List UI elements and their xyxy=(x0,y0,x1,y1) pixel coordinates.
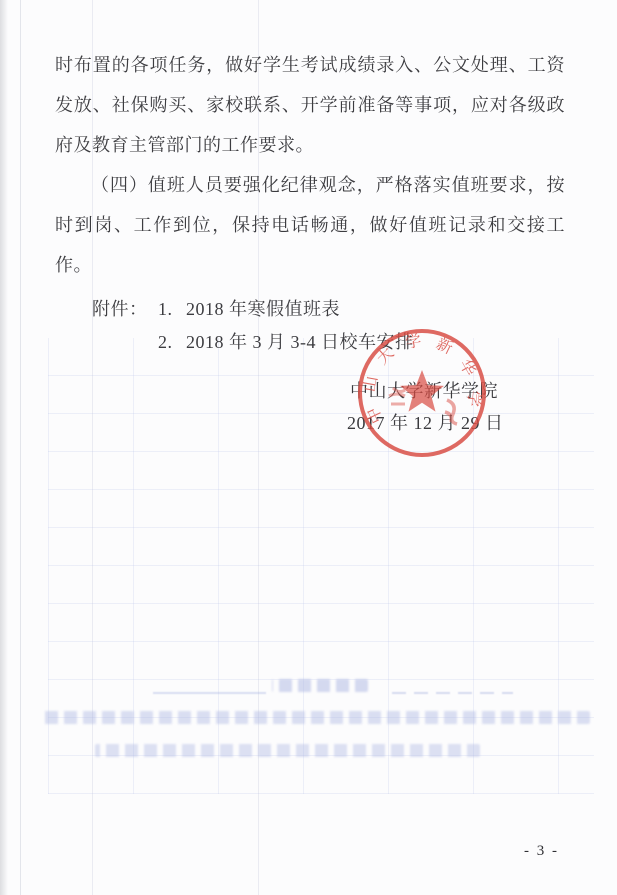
bleedthrough-table-grid xyxy=(48,338,594,794)
document-body: 时布置的各项任务，做好学生考试成绩录入、公文处理、工资发放、社保购买、家校联系、… xyxy=(0,0,617,359)
attachment-item: 1.2018 年寒假值班表 xyxy=(158,293,565,326)
seal-star-icon xyxy=(400,370,444,412)
bleedthrough-text-line xyxy=(272,679,368,692)
bleedthrough-rule xyxy=(392,692,513,694)
seal-arc-text: 中山大学新华学院 xyxy=(355,326,484,426)
attachments-block: 附件： 1.2018 年寒假值班表 2.2018 年 3 月 3-4 日校车安排 xyxy=(92,293,565,359)
scanned-document-page: 时布置的各项任务，做好学生考试成绩录入、公文处理、工资发放、社保购买、家校联系、… xyxy=(0,0,617,895)
seal-smudge xyxy=(445,400,457,424)
page-number: - 3 - xyxy=(524,843,559,860)
bleedthrough-text-line xyxy=(40,711,590,724)
bleedthrough-rule xyxy=(153,692,266,694)
seal-arc-text-holder: 中山大学新华学院 xyxy=(355,326,484,426)
attachment-index: 1. xyxy=(158,293,186,326)
attachment-index: 2. xyxy=(158,326,186,359)
attachments-label: 附件： xyxy=(92,293,158,359)
body-paragraph: （四）值班人员要强化纪律观念，严格落实值班要求，按时到岗、工作到位，保持电话畅通… xyxy=(55,165,565,285)
seal-smudge xyxy=(389,388,405,404)
body-paragraph: 时布置的各项任务，做好学生考试成绩录入、公文处理、工资发放、社保购买、家校联系、… xyxy=(55,45,565,165)
official-seal: 中山大学新华学院 xyxy=(355,326,489,460)
attachment-text: 2018 年寒假值班表 xyxy=(186,299,340,319)
bleedthrough-text-line xyxy=(95,744,480,757)
